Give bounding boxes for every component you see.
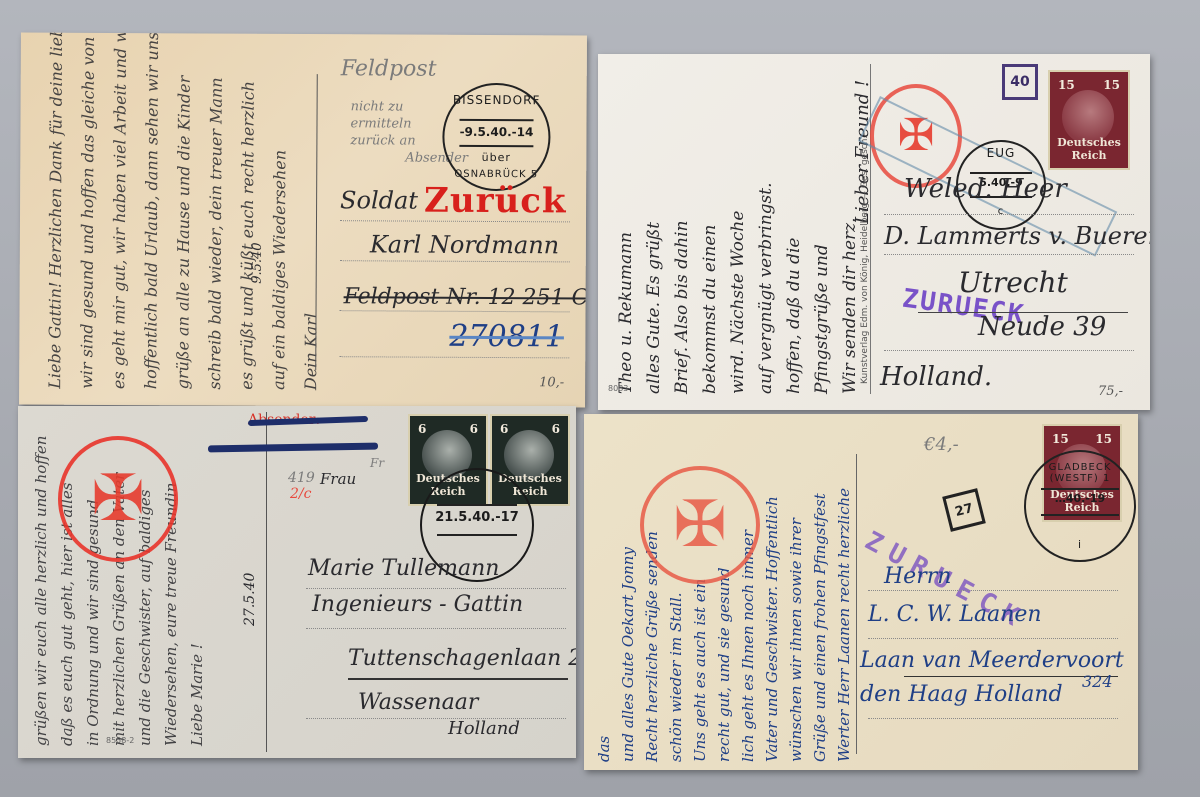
address-line-street: Laan van Meerdervoort	[860, 648, 1124, 673]
address-line-feldpost-number: Feldpost Nr. 12 251 C.	[344, 284, 587, 310]
address-line-street: Neude 39	[978, 312, 1106, 342]
card-divider	[266, 412, 267, 752]
price-note: 10,-	[539, 375, 564, 390]
address-line-title: Weled. Heer	[904, 174, 1067, 204]
card-number: 8083	[608, 384, 628, 393]
address-line-city: den Haag Holland	[860, 682, 1063, 707]
address-line-name: Marie Tullemann	[308, 556, 499, 581]
feldpost-label: Feldpost	[341, 56, 437, 82]
postcard-top-left: Liebe Gattin! Herzlichen Dank für deine …	[19, 33, 587, 408]
address-rule	[868, 718, 1118, 719]
red-note: 2/c	[290, 486, 311, 502]
address-rule	[868, 638, 1118, 639]
address-line-title: Herrn	[884, 564, 951, 589]
address-rule	[884, 350, 1134, 351]
address-rule	[340, 310, 570, 312]
address-rule	[340, 260, 570, 262]
blue-number: 270811	[449, 319, 564, 355]
struck-return-address: Absender:	[248, 412, 368, 428]
address-rule	[306, 628, 566, 629]
card-number: 8558-2	[106, 736, 134, 745]
pencil-number: 419	[288, 470, 315, 486]
message-date: 27.5.40	[242, 573, 258, 626]
eagle-icon: ✠	[89, 468, 147, 529]
postcard-bottom-right: das und alles Gute Oekart Jonny Recht he…	[584, 414, 1138, 770]
message-date: 9.5.40	[250, 242, 265, 283]
address-rule	[868, 590, 1118, 591]
address-line-name: D. Lammerts v. Bueren	[884, 222, 1150, 250]
price-note: 75,-	[1098, 384, 1123, 399]
address-rule	[884, 214, 1134, 215]
postmark: GLADBECK (WESTF) 1 …40.-19 i	[1024, 450, 1136, 562]
address-line-country: Holland	[448, 718, 520, 739]
address-line-name: Karl Nordmann	[370, 230, 559, 259]
pencil-initials: Fr	[370, 456, 384, 470]
publisher-imprint: Kunstverlag Edm. von König, Heidelberg —…	[860, 136, 870, 384]
censor-stamp: ✠	[640, 466, 760, 584]
card-divider	[856, 454, 857, 754]
house-number: 324	[1082, 672, 1113, 691]
address-line-city: Wassenaar	[358, 690, 478, 715]
address-line-name: L. C. W. Laanen	[868, 602, 1042, 627]
address-line-title: Ingenieurs - Gattin	[312, 592, 523, 617]
address-rule	[306, 588, 566, 589]
censor-stamp: ✠	[58, 436, 178, 562]
zurueck-stamp: Zurück	[424, 181, 567, 222]
address-rule	[339, 356, 569, 358]
pencil-price: €4,-	[924, 434, 959, 455]
salutation: Frau	[320, 470, 356, 488]
postmark: BISSENDORF -9.5.40.-14 über OSNABRÜCK 5	[442, 83, 551, 192]
address-line-soldat: Soldat	[340, 186, 418, 214]
address-rule	[348, 678, 568, 680]
postage-stamp: 15 15 Deutsches Reich	[1048, 70, 1130, 170]
address-rule	[340, 220, 570, 222]
address-line-street: Tuttenschagenlaan 2	[348, 646, 576, 671]
message-text: Liebe Gattin! Herzlichen Dank für deine …	[39, 33, 329, 391]
postcard-bottom-left: grüßen wir euch alle herzlich und hoffen…	[18, 406, 576, 758]
address-line-country: Holland.	[880, 362, 992, 392]
message-text: Theo u. Rekumann alles Gute. Es grüßt Br…	[612, 183, 864, 395]
box-number-stamp: 40	[1002, 64, 1038, 100]
postcard-top-right: Theo u. Rekumann alles Gute. Es grüßt Br…	[598, 54, 1150, 410]
address-rule	[884, 254, 1134, 255]
box-number-stamp: 27	[942, 488, 986, 532]
eagle-icon: ✠	[671, 496, 729, 553]
address-rule	[306, 718, 566, 719]
